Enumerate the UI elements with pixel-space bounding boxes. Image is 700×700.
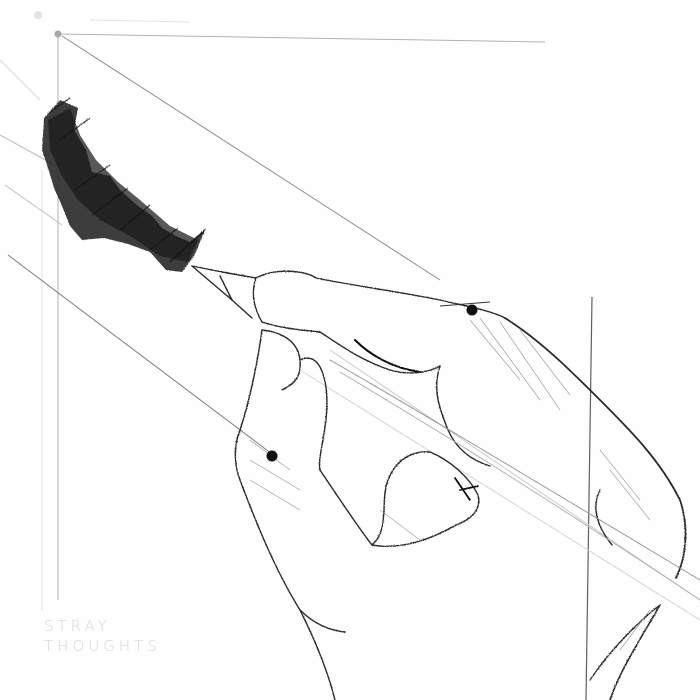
sketch-canvas: STRAY THOUGHTS	[0, 0, 700, 700]
guide-lines	[0, 20, 700, 700]
dot-thumb	[267, 451, 278, 462]
guide-dot	[55, 31, 62, 38]
caption-line-2: THOUGHTS	[44, 636, 161, 656]
shading-hatching	[250, 318, 650, 650]
hand-outline	[192, 266, 700, 700]
dot-index-knuckle	[467, 305, 478, 316]
caption-line-1: STRAY	[44, 616, 161, 636]
scribble	[42, 98, 206, 272]
hand-pencil-sketch	[0, 0, 700, 700]
caption-text: STRAY THOUGHTS	[44, 616, 161, 656]
